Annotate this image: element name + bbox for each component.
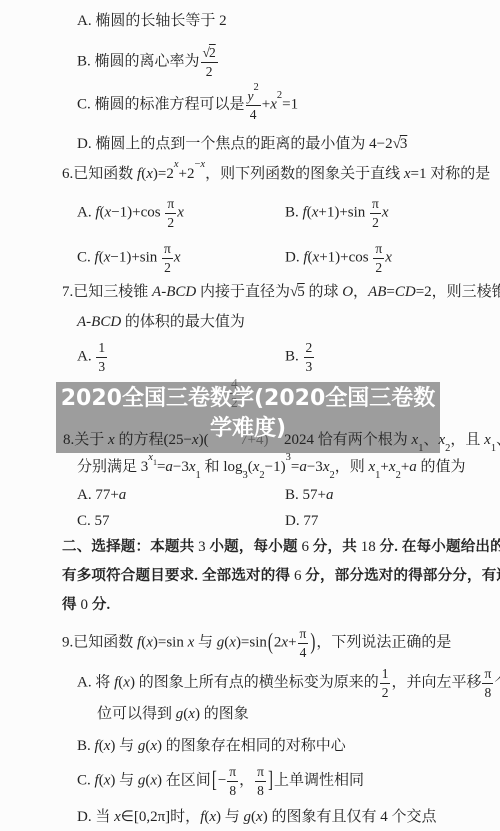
q8-option-b: B. 57+a [285,484,333,506]
q9-option-c: C. f(x) 与 g(x) 在区间[−π8，π8]上单调性相同 [77,764,364,798]
q5-option-a: A. 椭圆的长轴长等于 2 [77,10,227,32]
q5-option-b: B. 椭圆的离心率为√22 [77,45,219,79]
section2-instructions-line3: 得 0 分. [62,594,110,616]
q9-option-d: D. 当 x∈[0,2π]时，f(x) 与 g(x) 的图象有且仅有 4 个交点 [77,806,437,828]
q7-option-b: B. 23 [285,340,315,374]
q6-option-c: C. f(x−1)+sin π2x [77,241,181,275]
q8-option-c: C. 57 [77,510,110,532]
q7-option-a: A. 13 [77,340,108,374]
q8-option-d: D. 77 [285,510,318,532]
q6-option-d: D. f(x+1)+cos π2x [285,241,392,275]
q8-option-a: A. 77+a [77,484,126,506]
q9-stem: 9.已知函数 f(x)=sin x 与 g(x)=sin(2x+π4)，下列说法… [62,626,451,660]
q9-option-b: B. f(x) 与 g(x) 的图象存在相同的对称中心 [77,735,346,757]
q7-stem: 7.已知三棱锥 A-BCD 内接于直径为√5 的球 O，AB=CD=2，则三棱锥 [62,281,500,303]
watermark-banner-title: 2020全国三卷数学(2020全国三卷数学难度) [60,384,436,444]
section2-instructions-line1: 二、选择题：本题共 3 小题，每小题 6 分，共 18 分. 在每小题给出的选项… [62,536,500,558]
q7-stem-line2: A-BCD 的体积的最大值为 [77,311,245,333]
section2-instructions-line2: 有多项符合题目要求. 全部选对的得 6 分，部分选对的得部分分，有选错的 [62,565,500,587]
q6-option-b: B. f(x+1)+sin π2x [285,196,389,230]
q9-option-a-line1: A. 将 f(x) 的图象上所有点的横坐标变为原来的12，并向左平移π8个单 [77,666,500,700]
q8-stem-line2: 分别满足 3x1=a−3x1 和 log3(x2−1)3=a−3x2，则 x1+… [77,456,466,479]
q6-stem: 6.已知函数 f(x)=2x+2−x，则下列函数的图象关于直线 x=1 对称的是 [62,163,490,185]
exam-page: 2020全国三卷数学(2020全国三卷数学难度) A. 椭圆的长轴长等于 2B.… [0,0,500,831]
q6-option-a: A. f(x−1)+cos π2x [77,196,184,230]
q9-option-a-line2: 位可以得到 g(x) 的图象 [97,703,249,725]
q5-option-d: D. 椭圆上的点到一个焦点的距离的最小值为 4−2√3 [77,133,407,155]
q5-option-c: C. 椭圆的标准方程可以是y24+x2=1 [77,88,298,123]
